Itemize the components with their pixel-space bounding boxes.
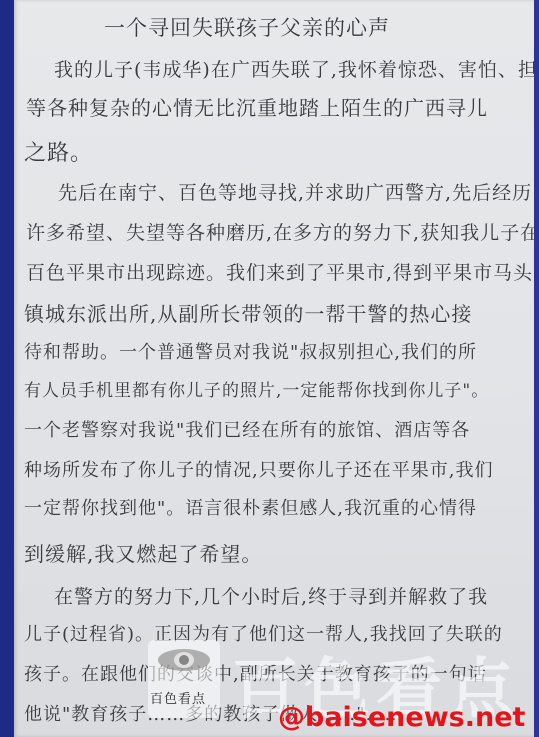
letter-line: 在警方的努力下,几个小时后,终于寻到并解救了我 [54,582,488,609]
letter-line: 百色平果市出现踪迹。我们来到了平果市,得到平果市马头 [26,258,533,285]
letter-line: 之路。 [24,136,93,167]
letter-line: 有人员手机里都有你儿子的照片,一定能帮你找到你儿子"。 [24,376,489,401]
letter-line: 到缓解,我又燃起了希望。 [24,538,262,567]
letter-line: 待和帮助。一个普通警员对我说"叔叔别担心,我们的所 [24,338,477,364]
letter-line: 镇城东派出所,从副所长带领的一帮干警的热心接 [24,298,472,327]
letter-line: 种场所发布了你儿子的情况,只要你儿子还在平果市,我们 [24,456,493,482]
letter-line: 等各种复杂的心情无比沉重地踏上陌生的广西寻儿 [26,92,488,121]
letter-line: 一定帮你找到他"。语言很朴素但感人,我沉重的心情得 [24,494,477,520]
letter-paper: 一个寻回失联孩子父亲的心声 我的儿子(韦成华)在广西失联了,我怀着惊恐、害怕、担… [14,0,534,737]
letter-line: 许多希望、失望等各种磨历,在多方的努力下,获知我儿子在 [26,218,539,245]
eye-logo-icon [156,647,212,673]
letter-title: 一个寻回失联孩子父亲的心声 [104,12,390,42]
letter-line: 一个老警察对我说"我们已经在所有的旅馆、酒店等各 [24,416,470,442]
letter-line: 先后在南宁、百色等地寻找,并求助广西警方,先后经历 [58,178,532,205]
watermark-logo-text: 百色看点 [150,688,206,707]
photo-edge [534,0,539,737]
letter-line: 我的儿子(韦成华)在广西失联了,我怀着惊恐、害怕、担忧 [54,55,539,82]
watermark-url: @baisenews.net [278,702,525,733]
